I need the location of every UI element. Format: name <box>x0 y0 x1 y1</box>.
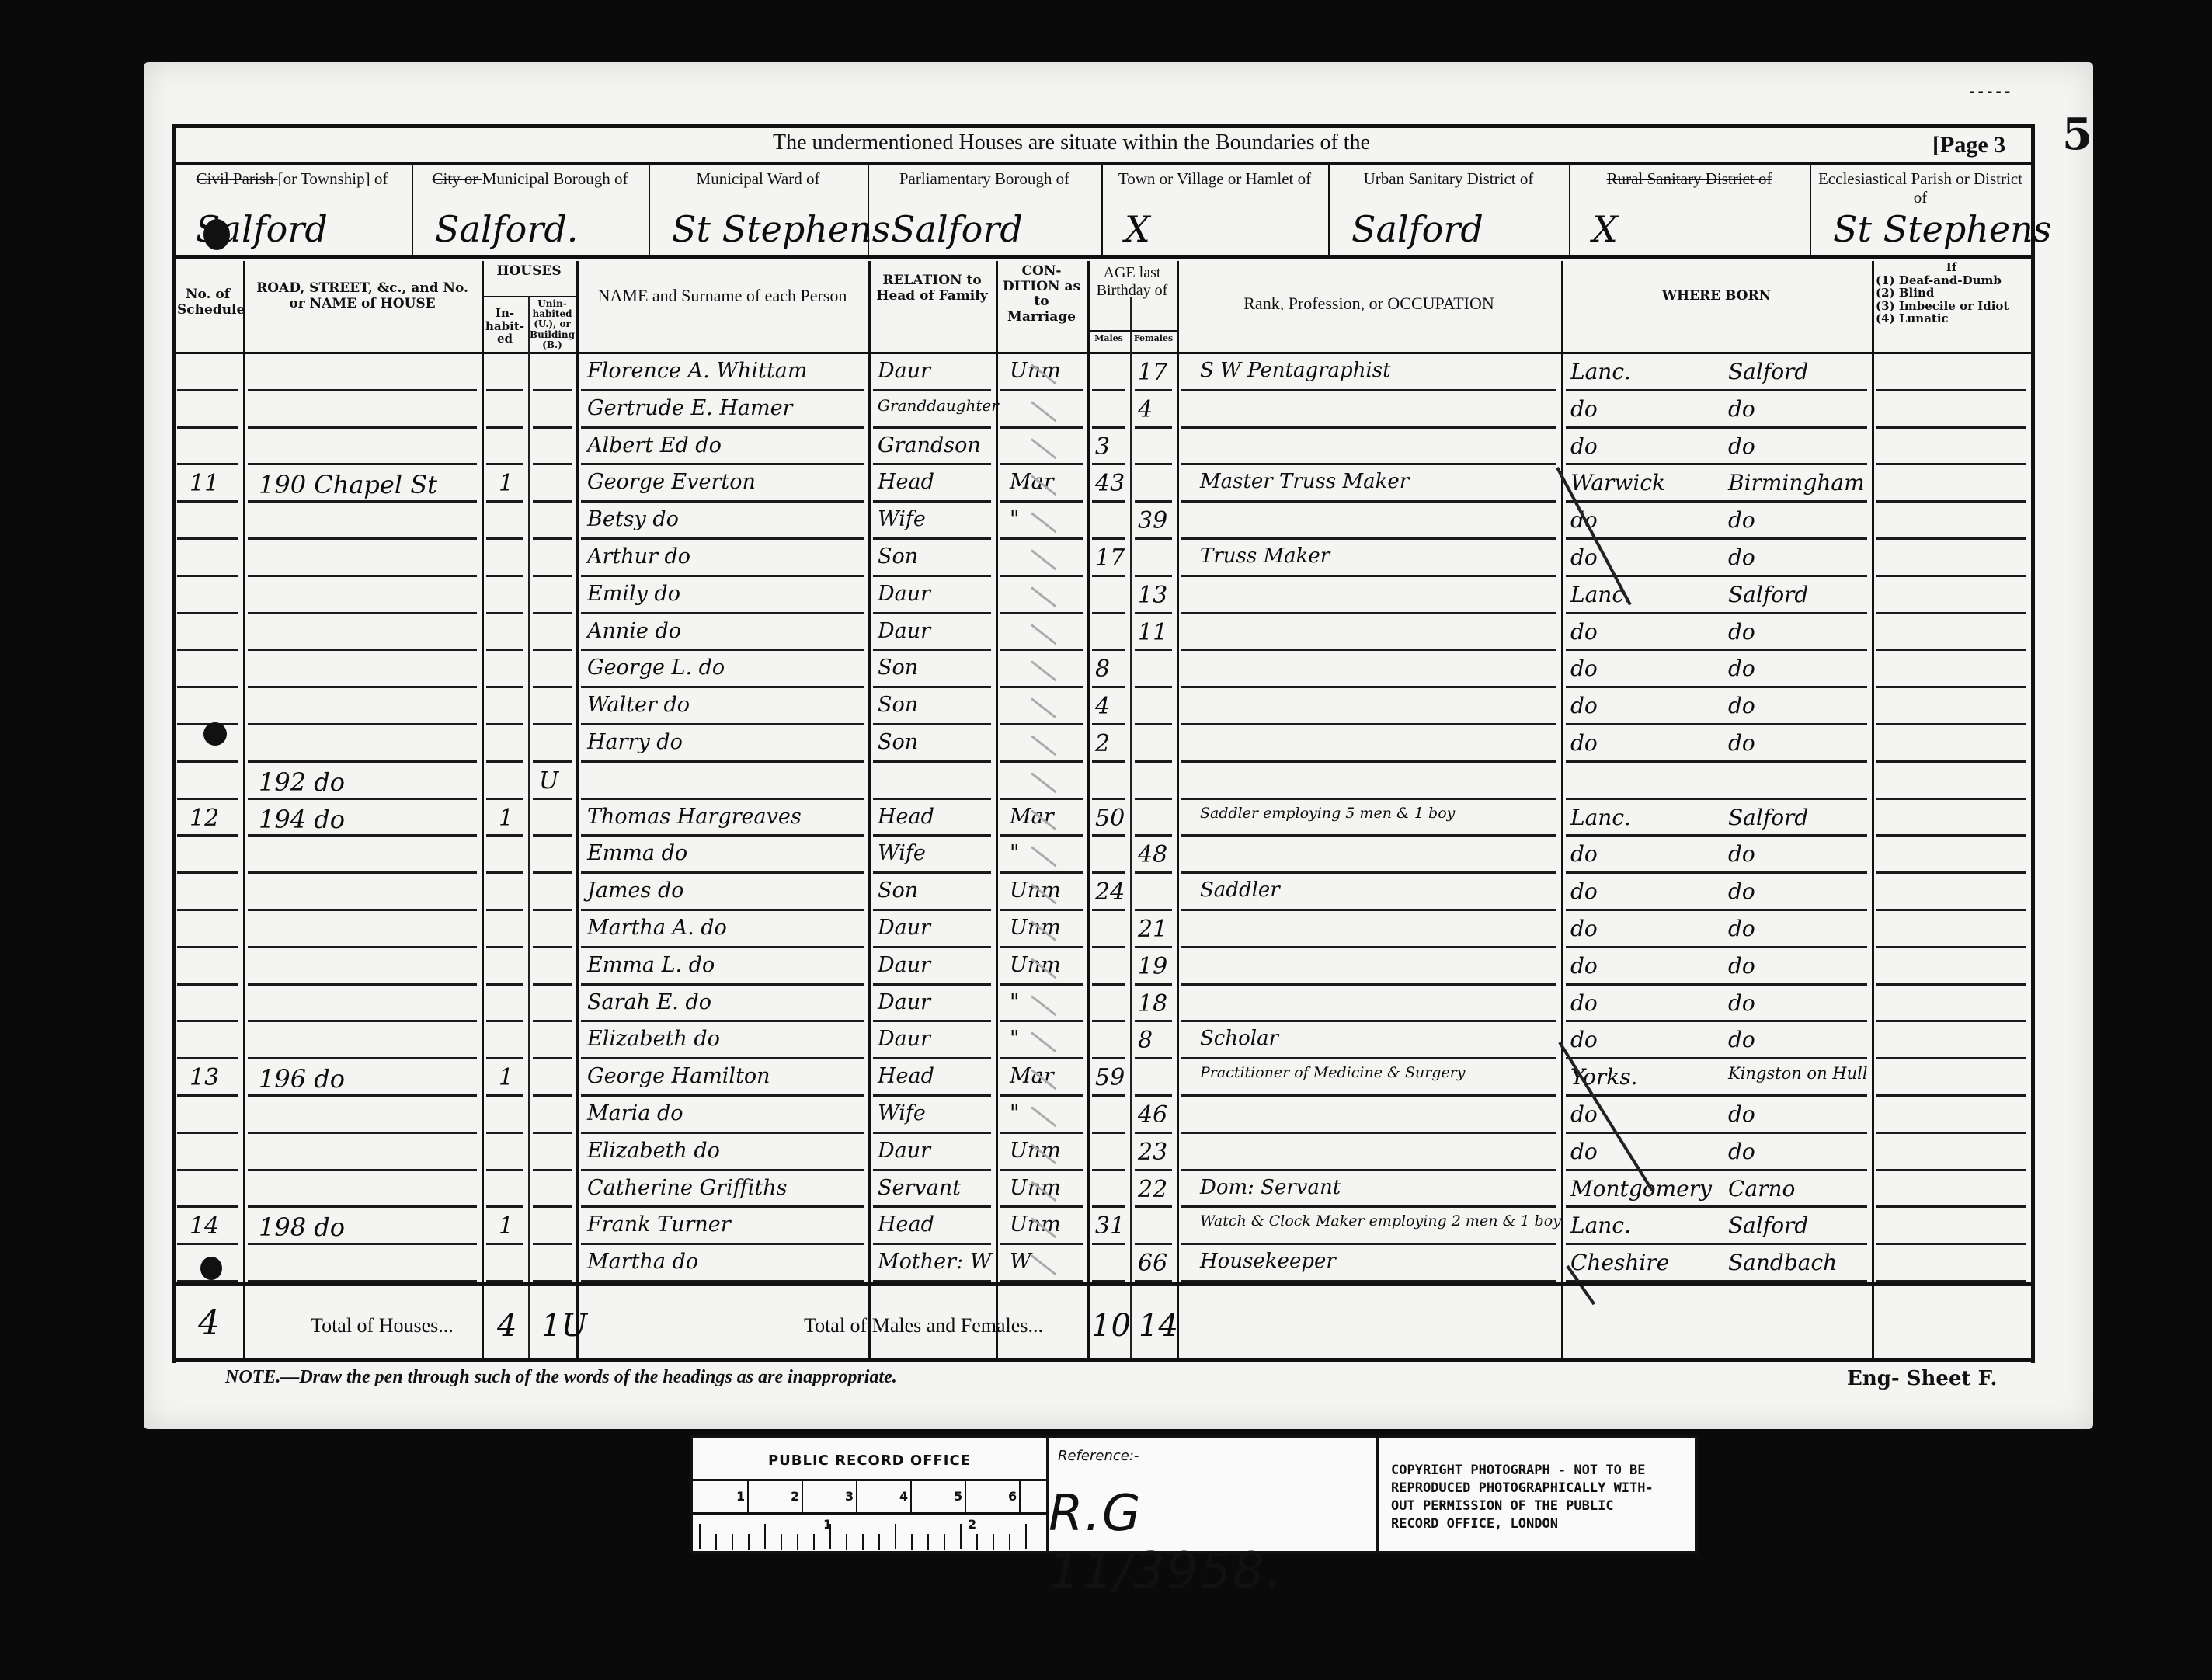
row-rule <box>1092 537 1125 540</box>
row-rule <box>1000 649 1083 651</box>
cell-condition: " <box>1010 841 1019 865</box>
row-rule <box>1876 612 2026 614</box>
boundary-value: Salford. <box>435 208 578 250</box>
row-rule <box>1000 1094 1083 1097</box>
cell-birth-place: do <box>1728 544 1755 570</box>
row-rule <box>873 1020 991 1022</box>
total-uninhabited: 1U <box>541 1308 587 1344</box>
cell-condition: W <box>1010 1250 1031 1274</box>
row-rule <box>1181 760 1556 763</box>
cell-inhabited: 1 <box>499 1212 513 1240</box>
row-rule <box>533 1205 572 1208</box>
row-rule <box>486 649 523 651</box>
row-rule <box>581 612 864 614</box>
row-rule <box>486 612 523 614</box>
cell-inhabited: 1 <box>499 470 513 497</box>
row-rule <box>1000 760 1083 763</box>
cell-relation: Daur <box>878 1027 930 1051</box>
cell-male-age: 24 <box>1095 878 1125 906</box>
cell-birth-place: Kingston on Hull <box>1728 1064 1868 1083</box>
boundary-label-text: Parliamentary Borough of <box>899 169 1069 188</box>
row-rule <box>1135 575 1172 577</box>
cell-birth-place: do <box>1728 693 1755 718</box>
row-rule <box>1135 798 1172 800</box>
cell-schedule: 13 <box>190 1064 219 1091</box>
header-schedule: No. of Schedule <box>177 287 238 318</box>
cell-schedule: 12 <box>190 805 219 832</box>
row-rule <box>1566 1094 1867 1097</box>
row-rule <box>486 723 523 725</box>
row-rule <box>1000 909 1083 911</box>
ink-blot <box>203 219 230 250</box>
row-rule <box>873 760 991 763</box>
boundary-label: Municipal Ward of <box>649 169 868 188</box>
row-rule <box>1092 760 1125 763</box>
row-rule <box>533 834 572 837</box>
cell-address: 190 Chapel St <box>259 470 437 499</box>
row-rule <box>533 426 572 429</box>
cell-relation: Grandson <box>878 433 981 457</box>
row-rule <box>1135 1020 1172 1022</box>
row-rule <box>1566 649 1867 651</box>
ruler-label: 2 <box>968 1517 976 1532</box>
copyright-box: COPYRIGHT PHOTOGRAPH - NOT TO BEREPRODUC… <box>1379 1438 1689 1551</box>
cell-birth-county: do <box>1570 433 1598 459</box>
ruler-division <box>747 1481 749 1514</box>
cell-birth-county: do <box>1570 878 1598 904</box>
row-rule <box>1135 983 1172 986</box>
cell-birth-county: do <box>1570 619 1598 645</box>
cell-occupation: Master Truss Maker <box>1200 470 1409 493</box>
cell-relation: Wife <box>878 1101 926 1125</box>
ruler-label: 5 <box>954 1489 962 1504</box>
cell-female-age: 18 <box>1138 990 1167 1017</box>
cell-name: Betsy do <box>587 507 679 531</box>
row-rule <box>248 686 477 688</box>
cell-birth-place: Salford <box>1728 1212 1808 1238</box>
row-rule <box>1135 537 1172 540</box>
row-rule <box>1092 649 1125 651</box>
row-rule <box>1566 946 1867 948</box>
row-rule <box>1000 612 1083 614</box>
copyright-line: COPYRIGHT PHOTOGRAPH - NOT TO BE <box>1391 1462 1654 1480</box>
struck-label: Civil Parish <box>197 169 278 188</box>
column-divider <box>528 297 530 1361</box>
row-rule <box>486 463 523 465</box>
row-rule <box>1181 426 1556 429</box>
row-rule <box>177 686 238 688</box>
cell-birth-place: do <box>1728 990 1755 1016</box>
cell-birth-place: do <box>1728 619 1755 645</box>
boundary-value: Salford <box>1351 208 1483 250</box>
ruler-label: 6 <box>1008 1489 1017 1504</box>
cell-female-age: 19 <box>1138 953 1167 980</box>
ruler-label: 1 <box>823 1517 832 1532</box>
row-rule <box>1135 1132 1172 1134</box>
cell-condition: Unm <box>1010 953 1061 977</box>
infirmity-line: (2) Blind <box>1876 287 2027 300</box>
cell-condition: Mar <box>1010 805 1054 829</box>
row-rule <box>248 723 477 725</box>
cell-name: Annie do <box>587 619 681 643</box>
boundary-label: Parliamentary Borough of <box>868 169 1101 188</box>
totals-top-rule <box>172 1282 2031 1286</box>
row-rule <box>1092 426 1125 429</box>
cell-relation: Servant <box>878 1176 961 1200</box>
ruler-division <box>802 1481 803 1514</box>
row-rule <box>1092 834 1125 837</box>
row-rule <box>873 1132 991 1134</box>
ruler-tick <box>813 1534 815 1550</box>
ruler-label: 1 <box>736 1489 745 1504</box>
boundary-label-text: [or Township] of <box>278 169 388 188</box>
row-rule <box>248 1243 477 1245</box>
copyright-notice: COPYRIGHT PHOTOGRAPH - NOT TO BEREPRODUC… <box>1391 1462 1654 1533</box>
row-rule <box>1000 871 1083 874</box>
row-rule <box>1181 463 1556 465</box>
row-rule <box>1092 686 1125 688</box>
ruler-tick <box>732 1534 733 1550</box>
infirmity-line: (3) Imbecile or Idiot <box>1876 300 2027 313</box>
ink-blot <box>203 722 227 746</box>
row-rule <box>1566 871 1867 874</box>
row-rule <box>1000 500 1083 503</box>
row-rule <box>1000 463 1083 465</box>
total-schedules: 4 <box>198 1303 220 1343</box>
cell-condition: " <box>1010 507 1019 531</box>
row-rule <box>581 1094 864 1097</box>
row-rule <box>1000 686 1083 688</box>
boundary-label-text: Ecclesiastical Parish or District of <box>1818 169 2022 207</box>
row-rule <box>581 389 864 391</box>
row-rule <box>177 1169 238 1171</box>
reference-label: Reference:- <box>1058 1448 1139 1464</box>
cell-name: Martha A. do <box>587 916 727 940</box>
row-rule <box>533 389 572 391</box>
cell-birth-place: do <box>1728 507 1755 533</box>
row-rule <box>1566 1243 1867 1245</box>
row-rule <box>1181 871 1556 874</box>
cell-name: Emily do <box>587 582 680 606</box>
ruler-tick <box>1009 1534 1010 1550</box>
row-rule <box>486 983 523 986</box>
cell-female-age: 46 <box>1138 1101 1167 1129</box>
header-males: Males <box>1087 334 1130 343</box>
row-rule <box>1181 1057 1556 1059</box>
cell-female-age: 66 <box>1138 1250 1167 1277</box>
row-rule <box>1876 1132 2026 1134</box>
row-rule <box>533 1057 572 1059</box>
row-rule <box>1135 463 1172 465</box>
row-rule <box>1181 389 1556 391</box>
row-rule <box>1135 1169 1172 1171</box>
row-rule <box>1181 983 1556 986</box>
cell-male-age: 2 <box>1095 730 1110 757</box>
row-rule <box>1181 686 1556 688</box>
document-title: The undermentioned Houses are situate wi… <box>773 130 1370 155</box>
row-rule <box>1181 500 1556 503</box>
cell-name: Elizabeth do <box>587 1027 720 1051</box>
age-subrule <box>1087 330 1177 332</box>
column-divider <box>1872 261 1874 1361</box>
row-rule <box>1876 1057 2026 1059</box>
row-rule <box>1876 389 2026 391</box>
row-rule <box>177 500 238 503</box>
row-rule <box>1092 798 1125 800</box>
boundary-label-text: Municipal Ward of <box>697 169 820 188</box>
cell-birth-county: do <box>1570 544 1598 570</box>
row-rule <box>1092 723 1125 725</box>
row-rule <box>533 871 572 874</box>
total-males: 10 <box>1091 1308 1131 1344</box>
cell-occupation: Dom: Servant <box>1200 1176 1341 1199</box>
row-rule <box>1092 871 1125 874</box>
cell-birth-county: Lanc. <box>1570 805 1631 830</box>
cell-name: George Everton <box>587 470 756 494</box>
row-rule <box>1092 1169 1125 1171</box>
boundary-value: X <box>1592 208 1618 250</box>
cell-birth-place: do <box>1728 916 1755 941</box>
cell-name: Arthur do <box>587 544 690 569</box>
cell-birth-county: Warwick <box>1570 470 1665 496</box>
cell-relation: Daur <box>878 953 930 977</box>
row-rule <box>1876 760 2026 763</box>
header-relation: RELATION to Head of Family <box>873 273 991 304</box>
row-rule <box>1876 1243 2026 1245</box>
cell-birth-county: do <box>1570 1139 1598 1164</box>
row-rule <box>873 1057 991 1059</box>
cell-female-age: 22 <box>1138 1176 1167 1203</box>
row-rule <box>533 760 572 763</box>
row-rule <box>533 798 572 800</box>
cell-male-age: 3 <box>1095 433 1110 461</box>
row-rule <box>1181 909 1556 911</box>
header-condition: CON-DITION as to Marriage <box>1000 264 1083 325</box>
cell-male-age: 8 <box>1095 656 1110 683</box>
cell-birth-place: do <box>1728 878 1755 904</box>
header-address: ROAD, STREET, &c., and No. or NAME of HO… <box>248 281 477 311</box>
row-rule <box>1876 798 2026 800</box>
office-box: PUBLIC RECORD OFFICE 12345612 <box>693 1438 1049 1551</box>
cell-inhabited: 1 <box>499 805 513 832</box>
row-rule <box>533 1020 572 1022</box>
cell-female-age: 23 <box>1138 1139 1167 1166</box>
row-rule <box>1876 649 2026 651</box>
cell-name: Sarah E. do <box>587 990 711 1014</box>
ruler-tick <box>1025 1524 1027 1549</box>
infirmity-line: If <box>1876 261 2027 274</box>
cell-name: Emma L. do <box>587 953 715 977</box>
row-rule <box>581 723 864 725</box>
row-rule <box>533 612 572 614</box>
row-rule <box>1135 612 1172 614</box>
cell-name: Walter do <box>587 693 690 717</box>
row-rule <box>1000 983 1083 986</box>
cell-condition: " <box>1010 1101 1019 1125</box>
row-rule <box>873 389 991 391</box>
cell-relation: Daur <box>878 582 930 606</box>
row-rule <box>1181 649 1556 651</box>
boundary-value: X <box>1125 208 1150 250</box>
row-rule <box>248 1169 477 1171</box>
row-rule <box>1876 500 2026 503</box>
ruler-tick <box>895 1524 896 1549</box>
cell-name: Martha do <box>587 1250 698 1274</box>
row-rule <box>1566 389 1867 391</box>
row-rule <box>177 575 238 577</box>
row-rule <box>1181 537 1556 540</box>
cell-birth-place: Sandbach <box>1728 1250 1837 1275</box>
row-rule <box>1135 760 1172 763</box>
cell-schedule: 11 <box>190 470 219 497</box>
ruler-tick <box>748 1534 750 1550</box>
row-rule <box>1000 1243 1083 1245</box>
row-rule <box>486 1169 523 1171</box>
cell-birth-county: do <box>1570 916 1598 941</box>
cell-birth-county: do <box>1570 1101 1598 1127</box>
row-rule <box>1566 426 1867 429</box>
row-rule <box>248 834 477 837</box>
header-uninhabited: Unin-habited (U.), or Building (B.) <box>530 299 575 350</box>
ruler-tick <box>960 1524 962 1549</box>
cell-birth-county: do <box>1570 953 1598 979</box>
ruler-tick <box>797 1534 798 1550</box>
row-rule <box>1876 1094 2026 1097</box>
row-rule <box>1092 1243 1125 1245</box>
row-rule <box>1876 909 2026 911</box>
row-rule <box>581 575 864 577</box>
cell-birth-place: Birmingham <box>1728 470 1865 496</box>
row-rule <box>486 500 523 503</box>
row-rule <box>1092 500 1125 503</box>
row-rule <box>533 946 572 948</box>
row-rule <box>1566 983 1867 986</box>
cell-birth-place: do <box>1728 433 1755 459</box>
header-name: NAME and Surname of each Person <box>581 286 864 305</box>
row-rule <box>581 983 864 986</box>
cell-female-age: 13 <box>1138 582 1167 609</box>
row-rule <box>1135 500 1172 503</box>
row-rule <box>581 537 864 540</box>
row-rule <box>1566 723 1867 725</box>
boundary-label: Town or Village or Hamlet of <box>1101 169 1328 188</box>
row-rule <box>177 946 238 948</box>
cell-birth-county: do <box>1570 396 1598 422</box>
row-rule <box>1876 1205 2026 1208</box>
cell-female-age: 48 <box>1138 841 1167 868</box>
cell-relation: Son <box>878 878 918 903</box>
dash-marks: ----- <box>1969 84 2013 100</box>
row-rule <box>177 1205 238 1208</box>
row-rule <box>1181 1094 1556 1097</box>
cell-birth-county: do <box>1570 693 1598 718</box>
cell-relation: Head <box>878 470 934 494</box>
row-rule <box>177 1094 238 1097</box>
cell-condition: Unm <box>1010 1176 1061 1200</box>
ruler-tick <box>878 1534 880 1550</box>
row-rule <box>177 612 238 614</box>
row-rule <box>248 500 477 503</box>
row-rule <box>1000 1132 1083 1134</box>
row-rule <box>581 649 864 651</box>
row-rule <box>1000 834 1083 837</box>
cell-relation: Granddaughter <box>878 396 999 415</box>
row-rule <box>486 537 523 540</box>
row-rule <box>1135 1205 1172 1208</box>
row-rule <box>533 1132 572 1134</box>
row-rule <box>1181 1243 1556 1245</box>
column-divider <box>1130 297 1132 1361</box>
row-rule <box>1876 463 2026 465</box>
row-rule <box>533 983 572 986</box>
row-rule <box>1876 575 2026 577</box>
row-rule <box>1000 537 1083 540</box>
row-rule <box>1092 1094 1125 1097</box>
ruler-tick <box>781 1534 782 1550</box>
row-rule <box>248 575 477 577</box>
row-rule <box>1566 1132 1867 1134</box>
cell-name: Emma do <box>587 841 687 865</box>
row-rule <box>581 1169 864 1171</box>
row-rule <box>1876 723 2026 725</box>
cell-relation: Head <box>878 805 934 829</box>
cell-birth-place: Salford <box>1728 582 1808 607</box>
row-rule <box>248 389 477 391</box>
copyright-line: OUT PERMISSION OF THE PUBLIC <box>1391 1497 1654 1515</box>
footnote: NOTE.—Draw the pen through such of the w… <box>225 1367 897 1388</box>
row-rule <box>248 426 477 429</box>
row-rule <box>486 575 523 577</box>
row-rule <box>248 909 477 911</box>
row-rule <box>1092 946 1125 948</box>
cell-occupation: S W Pentagraphist <box>1200 359 1391 382</box>
cell-relation: Son <box>878 730 918 754</box>
row-rule <box>177 1132 238 1134</box>
row-rule <box>873 871 991 874</box>
row-rule <box>1000 389 1083 391</box>
row-rule <box>486 946 523 948</box>
cell-relation: Son <box>878 544 918 569</box>
cell-relation: Head <box>878 1212 934 1237</box>
row-rule <box>177 834 238 837</box>
row-rule <box>1566 612 1867 614</box>
cell-relation: Daur <box>878 619 930 643</box>
row-rule <box>581 1057 864 1059</box>
row-rule <box>1181 723 1556 725</box>
header-inhabited: In-habit-ed <box>483 307 527 346</box>
cell-occupation: Watch & Clock Maker employing 2 men & 1 … <box>1200 1212 1561 1230</box>
cell-female-age: 39 <box>1138 507 1167 534</box>
row-rule <box>1566 575 1867 577</box>
row-rule <box>1876 983 2026 986</box>
cell-relation: Son <box>878 693 918 717</box>
cell-female-age: 11 <box>1138 619 1167 646</box>
ruler-tick <box>715 1534 717 1550</box>
row-rule <box>248 1020 477 1022</box>
boundary-label: Urban Sanitary District of <box>1328 169 1569 188</box>
row-rule <box>873 1243 991 1245</box>
cell-birth-place: do <box>1728 656 1755 681</box>
row-rule <box>1092 1057 1125 1059</box>
ruler-division <box>856 1481 857 1514</box>
total-houses-label: Total of Houses... <box>311 1314 454 1337</box>
cell-name: George L. do <box>587 656 725 680</box>
copyright-line: REPRODUCED PHOTOGRAPHICALLY WITH- <box>1391 1480 1654 1497</box>
cell-occupation: Saddler <box>1200 878 1280 902</box>
row-rule <box>1181 1020 1556 1022</box>
row-rule <box>486 1057 523 1059</box>
cell-name: George Hamilton <box>587 1064 770 1088</box>
